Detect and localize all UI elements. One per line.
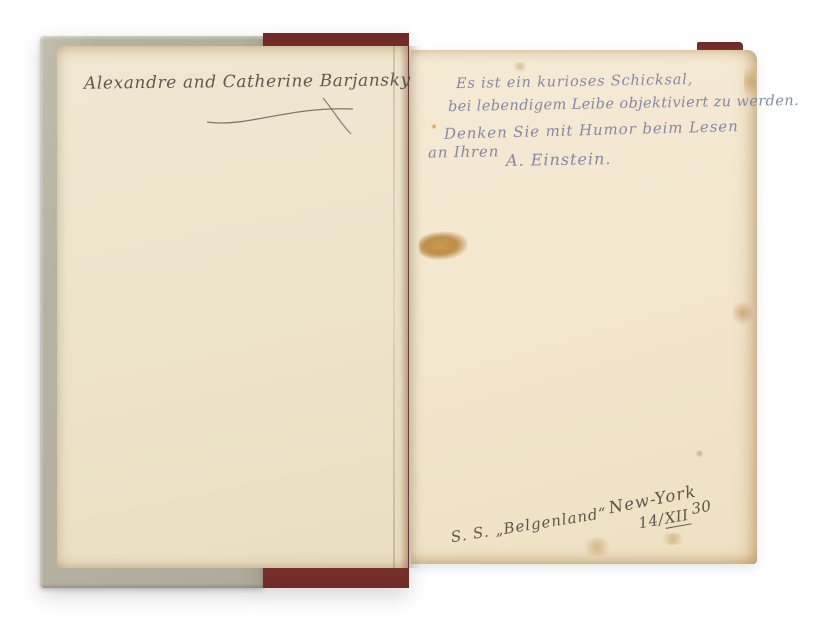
page-fold-line — [393, 46, 395, 568]
right-endpaper-page — [411, 50, 757, 564]
left-endpaper-page — [57, 46, 408, 568]
photo-open-book: Alexandre and Catherine Barjansky Es ist… — [0, 0, 840, 622]
